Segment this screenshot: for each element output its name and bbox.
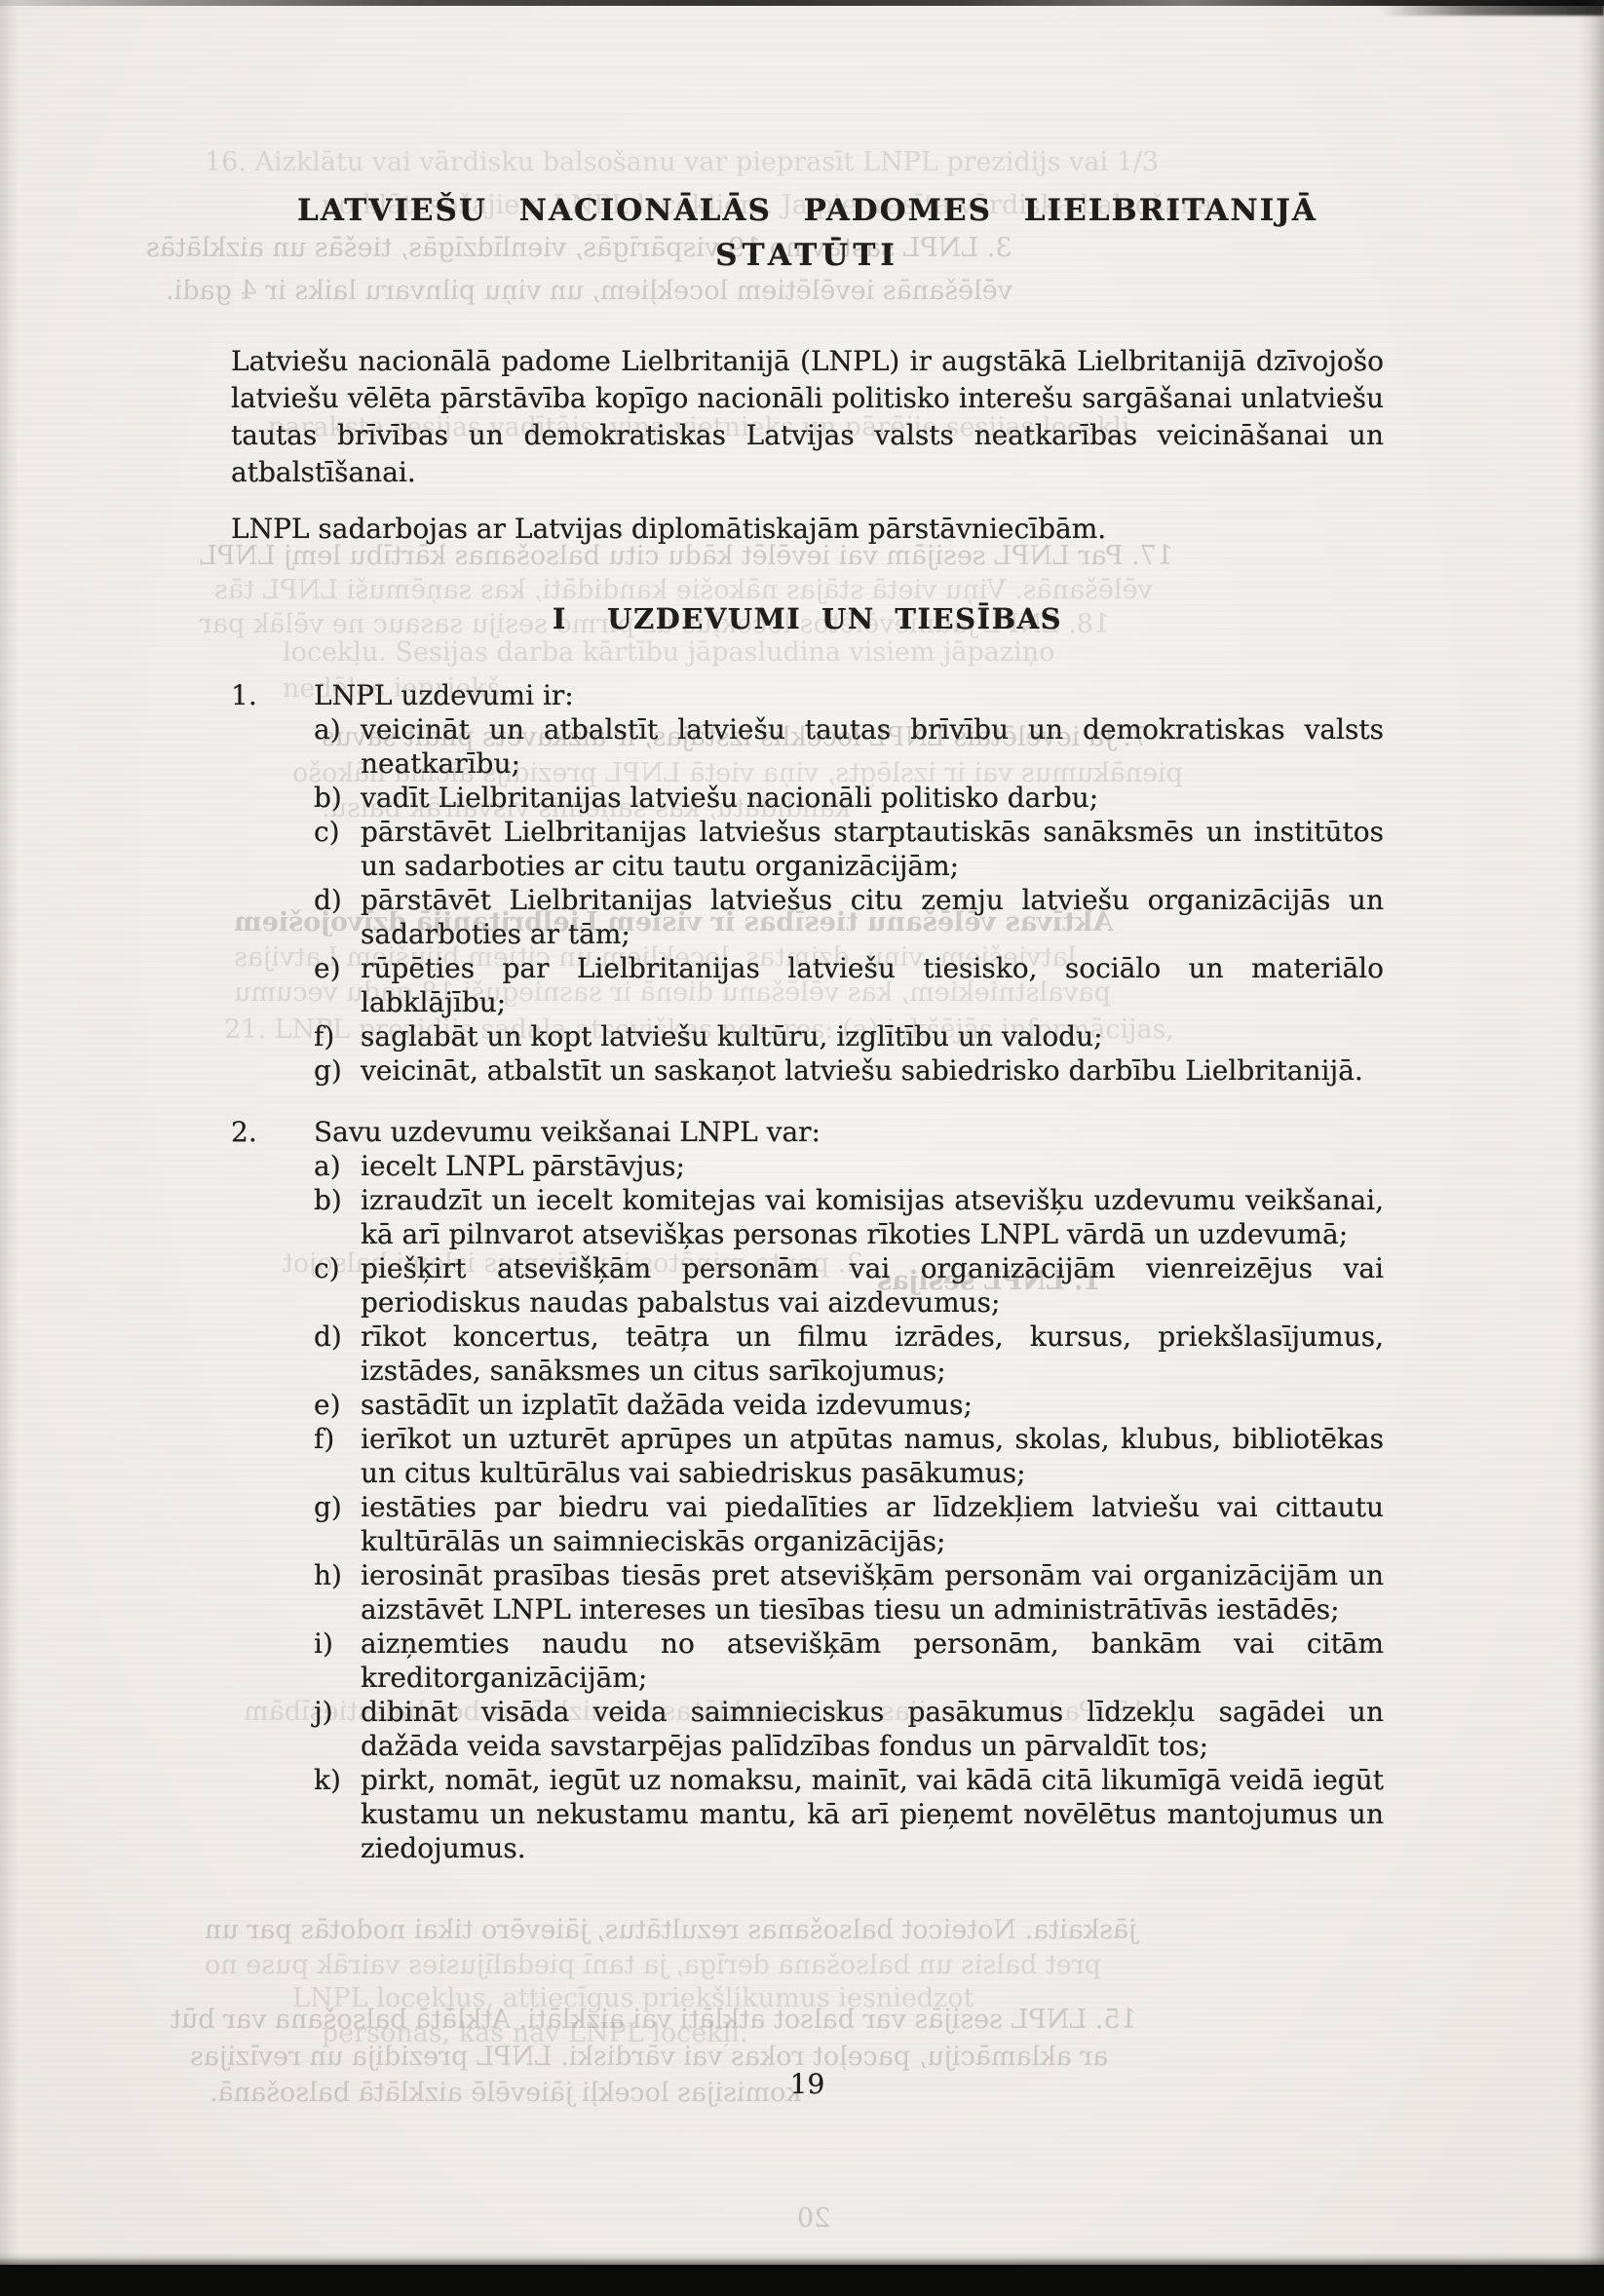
sub-item-letter: d) (314, 1320, 361, 1388)
sub-item-text: rūpēties par Lielbritanijas latviešu tie… (361, 951, 1384, 1019)
sub-item-letter: h) (314, 1558, 361, 1626)
sub-item: f) ierīkot un uzturēt aprūpes un atpūtas… (314, 1422, 1384, 1490)
sub-item: h) ierosināt prasības tiesās pret atsevi… (314, 1558, 1384, 1626)
section-heading: I UZDEVUMI UN TIESĪBAS (231, 600, 1384, 637)
sub-item-text: iestāties par biedru vai piedalīties ar … (361, 1490, 1384, 1558)
sub-item: c) pārstāvēt Lielbritanijas latviešus st… (314, 815, 1384, 883)
sub-item: c) piešķirt atsevišķām personām vai orga… (314, 1251, 1384, 1320)
sub-item-text: iecelt LNPL pārstāvjus; (361, 1149, 1384, 1183)
sub-item-text: pārstāvēt Lielbritanijas latviešus citu … (361, 883, 1384, 951)
sub-item-letter: j) (314, 1695, 361, 1763)
sub-item-letter: f) (314, 1019, 361, 1053)
sub-item-letter: a) (314, 712, 361, 781)
sub-item-text: saglabāt un kopt latviešu kultūru, izglī… (361, 1019, 1384, 1053)
statute-item-1: 1. LNPL uzdevumi ir: a) veicināt un atba… (231, 678, 1384, 1088)
sub-item-letter: e) (314, 951, 361, 1019)
item-lead: Savu uzdevumu veikšanai LNPL var: (314, 1115, 1384, 1149)
page-subtitle: STATŪTI (231, 236, 1384, 275)
scan-artifact-left-shade (0, 0, 18, 2296)
sub-item: a) veicināt un atbalstīt latviešu tautas… (314, 712, 1384, 781)
sub-item-letter: c) (314, 815, 361, 883)
sub-item: b) izraudzīt un iecelt komitejas vai kom… (314, 1183, 1384, 1251)
item-number: 1. (231, 678, 314, 1088)
sub-item: g) veicināt, atbalstīt un saskaņot latvi… (314, 1053, 1384, 1088)
scan-artifact-top-right (1380, 4, 1604, 16)
sub-item-letter: a) (314, 1149, 361, 1183)
sub-item: d) pārstāvēt Lielbritanijas latviešus ci… (314, 883, 1384, 951)
sub-item-letter: g) (314, 1490, 361, 1558)
sub-item: g) iestāties par biedru vai piedalīties … (314, 1490, 1384, 1558)
sub-item-text: ierīkot un uzturēt aprūpes un atpūtas na… (361, 1422, 1384, 1490)
sub-item-text: izraudzīt un iecelt komitejas vai komisi… (361, 1183, 1384, 1251)
sub-item: a) iecelt LNPL pārstāvjus; (314, 1149, 1384, 1183)
scan-artifact-bottom-bar (0, 2265, 1604, 2296)
sub-item: k) pirkt, nomāt, iegūt uz nomaksu, mainī… (314, 1763, 1384, 1865)
intro-lead-bold: Latviešu nacionālā padome Lielbritanijā … (231, 345, 899, 377)
sub-item: e) sastādīt un izplatīt dažāda veida izd… (314, 1388, 1384, 1422)
scanned-page: 16. Aizklātu vai vārdisku balsošanu var … (0, 0, 1604, 2296)
document-content: LATVIEŠU NACIONĀLĀS PADOMES LIELBRITANIJ… (231, 0, 1384, 2100)
sub-item-text: aizņemties naudu no atsevišķām personām,… (361, 1626, 1384, 1695)
sub-item-letter: b) (314, 781, 361, 815)
sub-item-text: pārstāvēt Lielbritanijas latviešus starp… (361, 815, 1384, 883)
sub-item: j) dibināt visāda veida saimnieciskus pa… (314, 1695, 1384, 1763)
sub-item-letter: i) (314, 1626, 361, 1695)
sub-item: f) saglabāt un kopt latviešu kultūru, iz… (314, 1019, 1384, 1053)
sub-item: b) vadīt Lielbritanijas latviešu nacionā… (314, 781, 1384, 815)
sub-item: i) aizņemties naudu no atsevišķām person… (314, 1626, 1384, 1695)
sub-item-text: dibināt visāda veida saimnieciskus pasāk… (361, 1695, 1384, 1763)
sub-item-text: rīkot koncertus, teātŗa un filmu izrādes… (361, 1320, 1384, 1388)
sub-item: d) rīkot koncertus, teātŗa un filmu izrā… (314, 1320, 1384, 1388)
page-title: LATVIEŠU NACIONĀLĀS PADOMES LIELBRITANIJ… (231, 191, 1384, 230)
intro-paragraph: Latviešu nacionālā padome Lielbritanijā … (231, 343, 1384, 491)
sub-item-text: piešķirt atsevišķām personām vai organiz… (361, 1251, 1384, 1320)
sub-item-text: vadīt Lielbritanijas latviešu nacionāli … (361, 781, 1384, 815)
sub-item-text: veicināt, atbalstīt un saskaņot latviešu… (361, 1053, 1384, 1088)
sub-item-letter: k) (314, 1763, 361, 1865)
sub-item-letter: d) (314, 883, 361, 951)
sub-item-letter: c) (314, 1251, 361, 1320)
sub-item-letter: g) (314, 1053, 361, 1088)
page-number: 19 (231, 2068, 1384, 2100)
scan-artifact-right-shade (1577, 0, 1604, 2296)
sub-item: e) rūpēties par Lielbritanijas latviešu … (314, 951, 1384, 1019)
scan-artifact-bottom-fade (0, 2253, 1604, 2265)
sub-item-text: ierosināt prasības tiesās pret atsevišķā… (361, 1558, 1384, 1626)
sub-item-text: veicināt un atbalstīt latviešu tautas br… (361, 712, 1384, 781)
sub-item-letter: b) (314, 1183, 361, 1251)
sub-item-text: sastādīt un izplatīt dažāda veida izdevu… (361, 1388, 1384, 1422)
sub-item-letter: e) (314, 1388, 361, 1422)
bleedthrough-text: 20 (797, 2204, 830, 2234)
item-lead: LNPL uzdevumi ir: (314, 678, 1384, 712)
item-number: 2. (231, 1115, 314, 1865)
statute-item-2: 2. Savu uzdevumu veikšanai LNPL var: a) … (231, 1115, 1384, 1865)
sub-item-text: pirkt, nomāt, iegūt uz nomaksu, mainīt, … (361, 1763, 1384, 1865)
cooperation-paragraph: LNPL sadarbojas ar Latvijas diplomātiska… (231, 511, 1384, 548)
sub-item-letter: f) (314, 1422, 361, 1490)
